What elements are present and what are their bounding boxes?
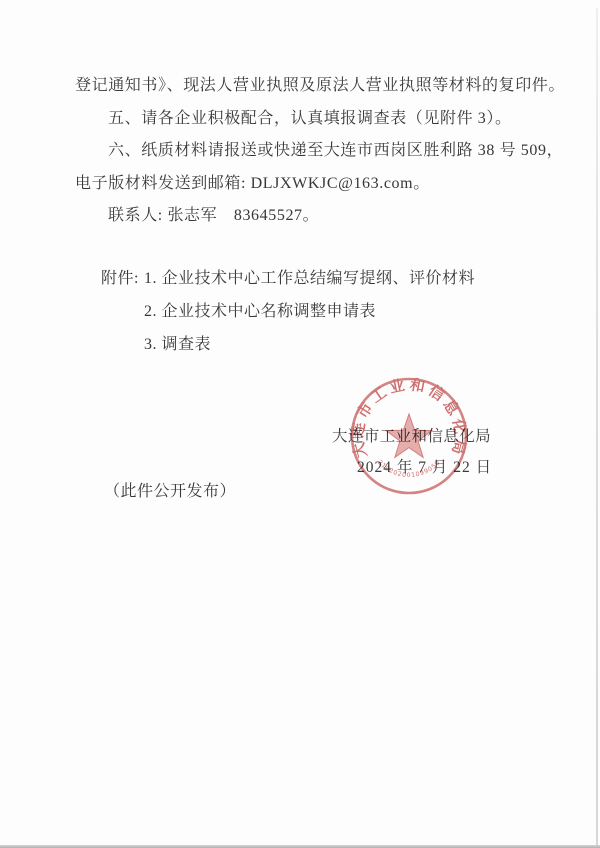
- attachment-item-1: 1. 企业技术中心工作总结编写提纲、评价材料: [144, 270, 475, 287]
- body-line-2: 五、请各企业积极配合，认真填报调查表（见附件 3）。: [75, 103, 553, 136]
- body-line-3: 六、纸质材料请报送或快递至大连市西岗区胜利路 38 号 509，: [75, 135, 553, 168]
- seal-star-icon: [386, 414, 432, 457]
- official-seal: 大连市工业和信息化局 210202001099050: [347, 374, 471, 498]
- body-line-4: 电子版材料发送到邮箱: DLJXWKJC@163.com。: [75, 168, 553, 201]
- body-paragraphs: 登记通知书》、现法人营业执照及原法人营业执照等材料的复印件。 五、请各企业积极配…: [75, 70, 553, 233]
- publish-note: （此件公开发布）: [104, 478, 236, 501]
- document-page: 登记通知书》、现法人营业执照及原法人营业执照等材料的复印件。 五、请各企业积极配…: [0, 0, 600, 848]
- attachment-line-1: 附件:1. 企业技术中心工作总结编写提纲、评价材料: [101, 262, 475, 295]
- seal-code-text: 210202001099050: [376, 459, 442, 479]
- attachment-item-2: 2. 企业技术中心名称调整申请表: [101, 295, 475, 328]
- attachments-block: 附件:1. 企业技术中心工作总结编写提纲、评价材料 2. 企业技术中心名称调整申…: [101, 262, 475, 361]
- attachments-label: 附件:: [101, 270, 139, 287]
- body-line-1: 登记通知书》、现法人营业执照及原法人营业执照等材料的复印件。: [75, 70, 553, 103]
- body-line-5: 联系人: 张志军 83645527。: [75, 200, 553, 233]
- attachment-item-3: 3. 调查表: [101, 328, 475, 361]
- scan-artifact-right-edge: [596, 8, 598, 845]
